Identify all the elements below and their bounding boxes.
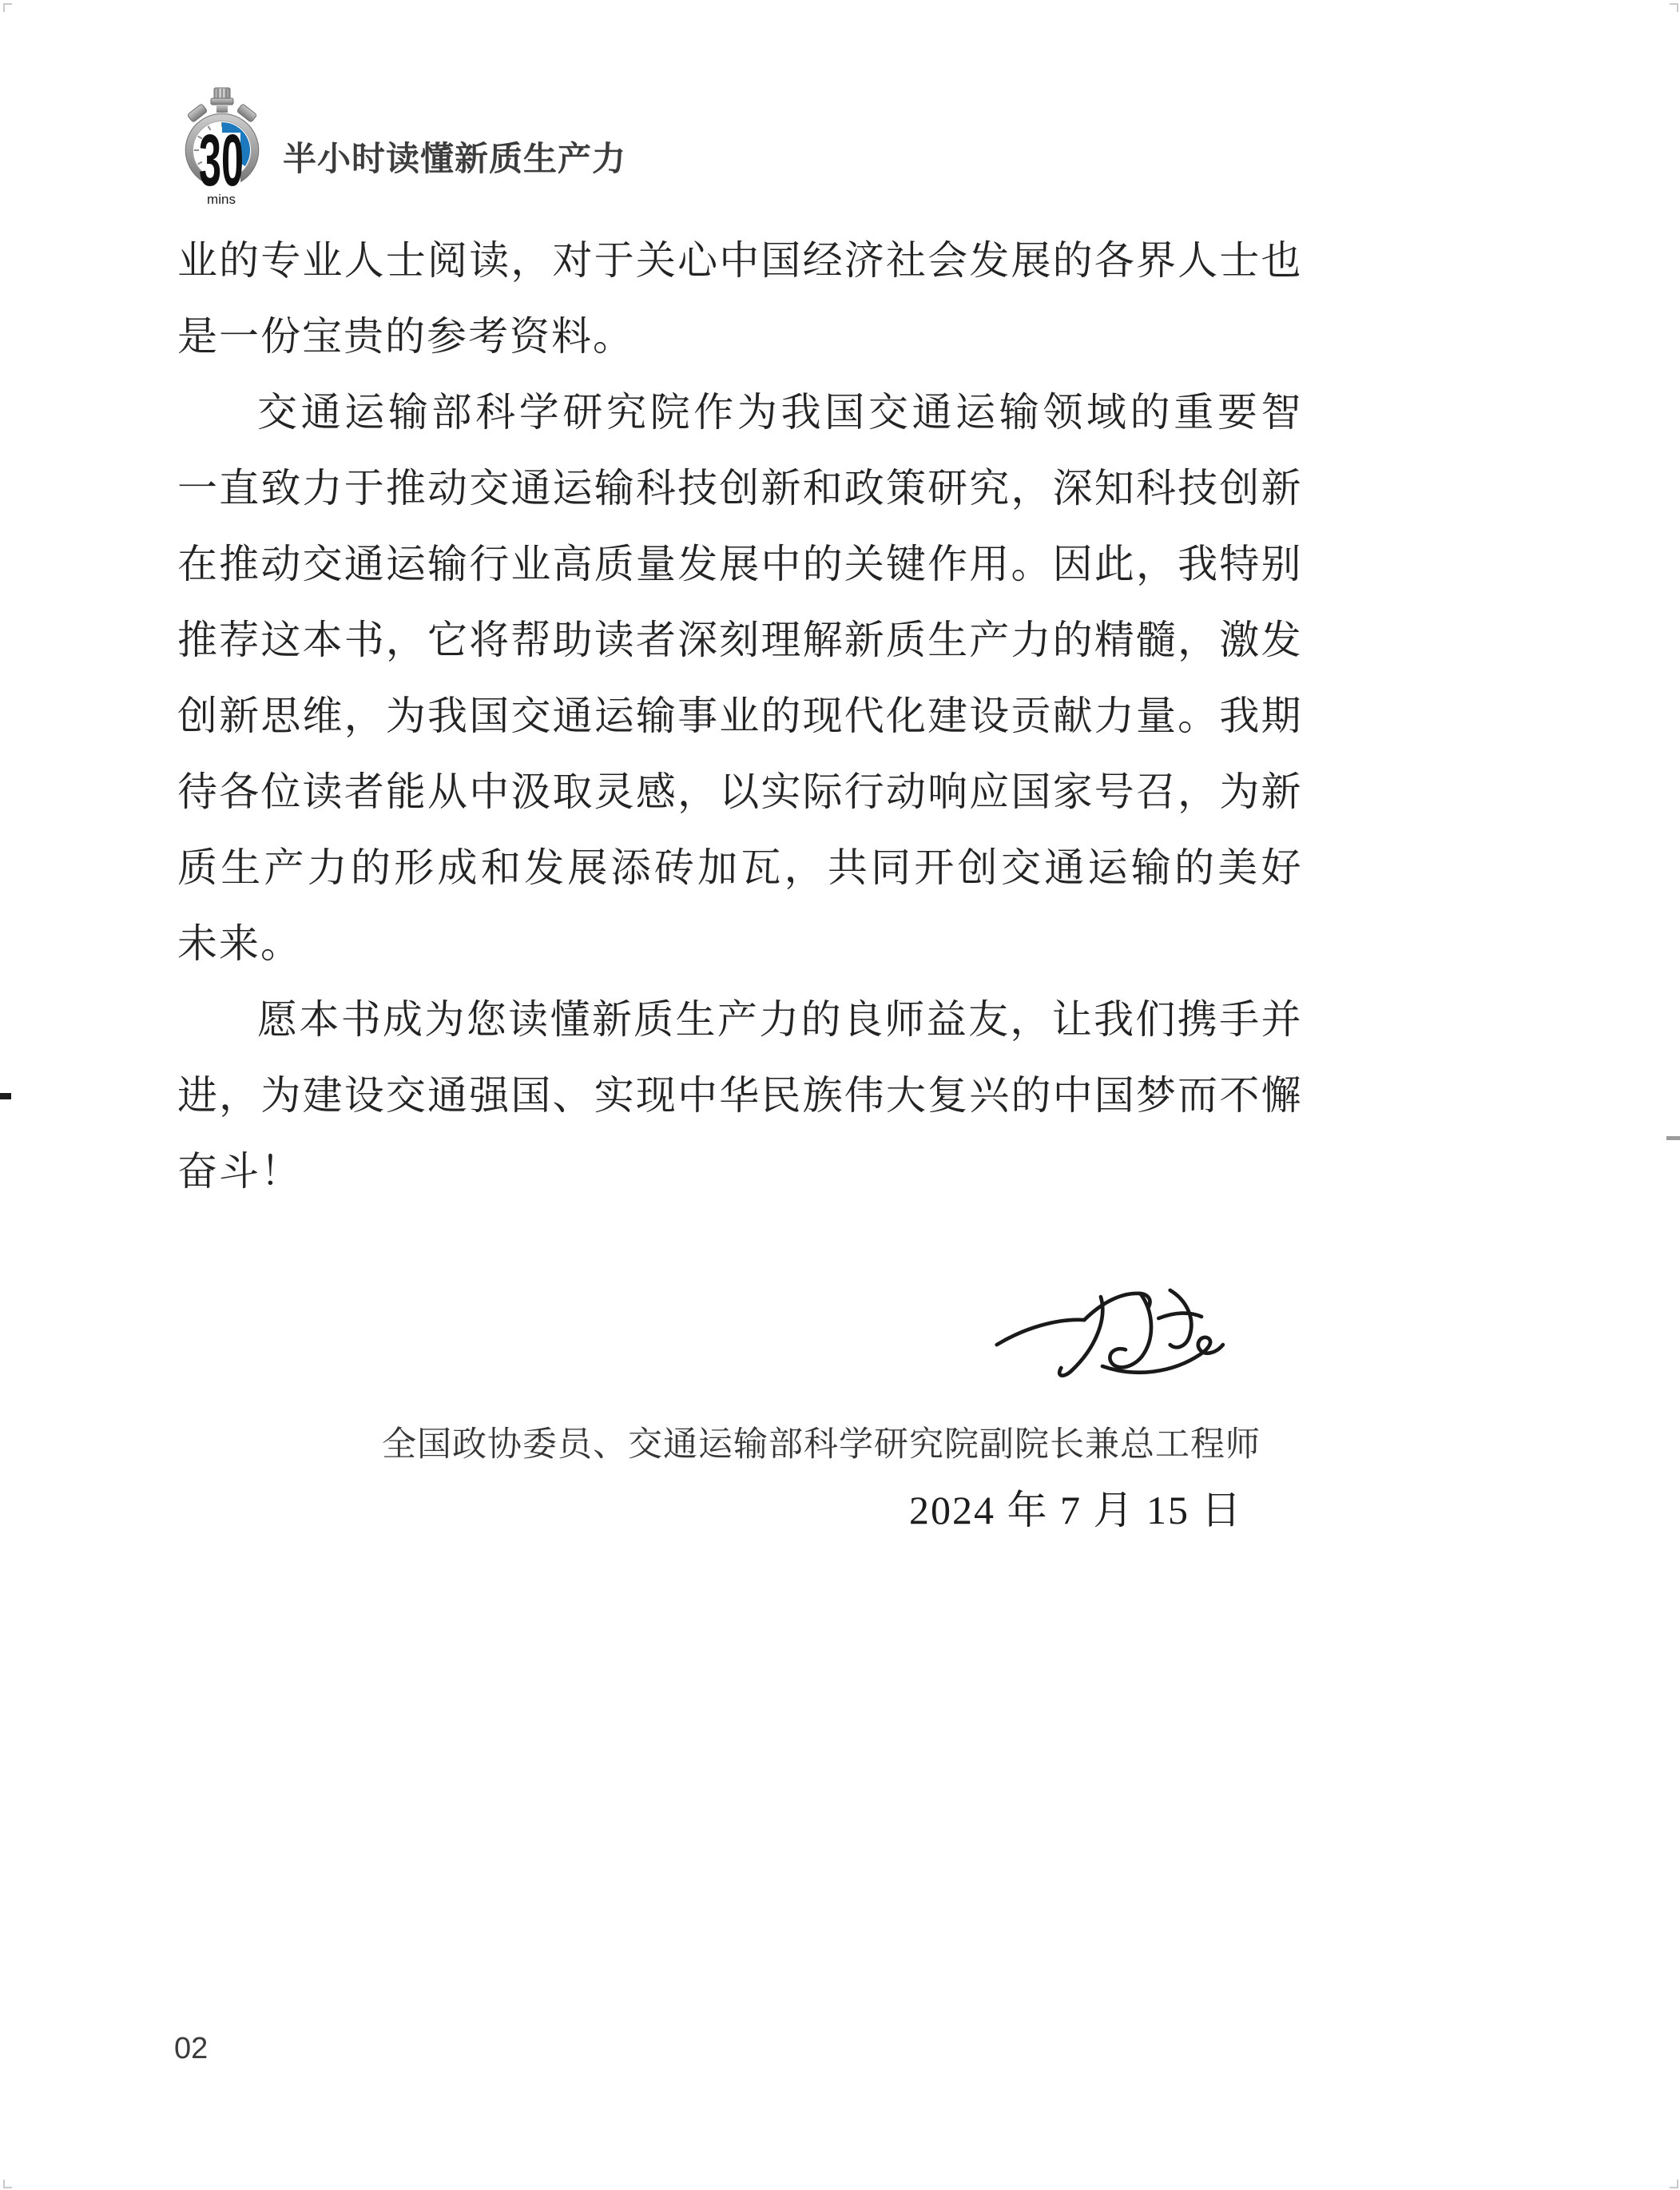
text-line: 愿本书成为您读懂新质生产力的良师益友，让我们携手并: [177, 982, 1302, 1058]
left-edge-print-mark: [0, 1093, 11, 1099]
handwritten-signature: [979, 1269, 1226, 1393]
crop-mark-bottom-left: [3, 2180, 12, 2188]
text-line: 推荐这本书，它将帮助读者深刻理解新质生产力的精髓，激发: [177, 602, 1302, 678]
text-line: 质生产力的形成和发展添砖加瓦，共同开创交通运输的美好: [177, 830, 1302, 906]
book-page: 30 mins 半小时读懂新质生产力 业的专业人士阅读，对于关心中国经济社会发展…: [0, 0, 1680, 2190]
text-line: 创新思维，为我国交通运输事业的现代化建设贡献力量。我期: [177, 678, 1302, 754]
signer-affiliation-line: 全国政协委员、交通运输部科学研究院副院长兼总工程师: [382, 1417, 1261, 1466]
crop-mark-bottom-right: [1670, 2180, 1678, 2188]
text-line: 进，为建设交通强国、实现中华民族伟大复兴的中国梦而不懈: [177, 1058, 1302, 1134]
text-line: 在推动交通运输行业高质量发展中的关键作用。因此，我特别: [177, 527, 1302, 602]
page-number: 02: [174, 2032, 208, 2066]
text-line: 业的专业人士阅读，对于关心中国经济社会发展的各界人士也: [177, 223, 1302, 299]
text-line: 一直致力于推动交通运输科技创新和政策研究，深知科技创新: [177, 451, 1302, 527]
stopwatch-30mins-logo-icon: 30 mins: [174, 86, 270, 214]
signoff-date: 2024 年 7 月 15 日: [909, 1478, 1243, 1536]
text-line: 待各位读者能从中汲取灵感，以实际行动响应国家号召，为新: [177, 754, 1302, 830]
stopwatch-icon: 30 mins: [174, 86, 270, 214]
preface-body-text: 业的专业人士阅读，对于关心中国经济社会发展的各界人士也 是一份宝贵的参考资料。 …: [177, 223, 1302, 1210]
crop-mark-top-right: [1670, 3, 1678, 12]
running-head-book-title: 半小时读懂新质生产力: [283, 133, 626, 181]
text-line: 交通运输部科学研究院作为我国交通运输领域的重要智库，: [177, 375, 1302, 451]
crop-mark-top-left: [3, 3, 12, 12]
right-edge-print-mark: [1666, 1136, 1680, 1140]
logo-minutes-unit: mins: [207, 192, 236, 207]
text-line: 是一份宝贵的参考资料。: [177, 299, 1302, 375]
text-line: 未来。: [177, 906, 1302, 982]
logo-minutes-number: 30: [199, 120, 244, 201]
text-line: 奋斗！: [177, 1134, 1302, 1210]
